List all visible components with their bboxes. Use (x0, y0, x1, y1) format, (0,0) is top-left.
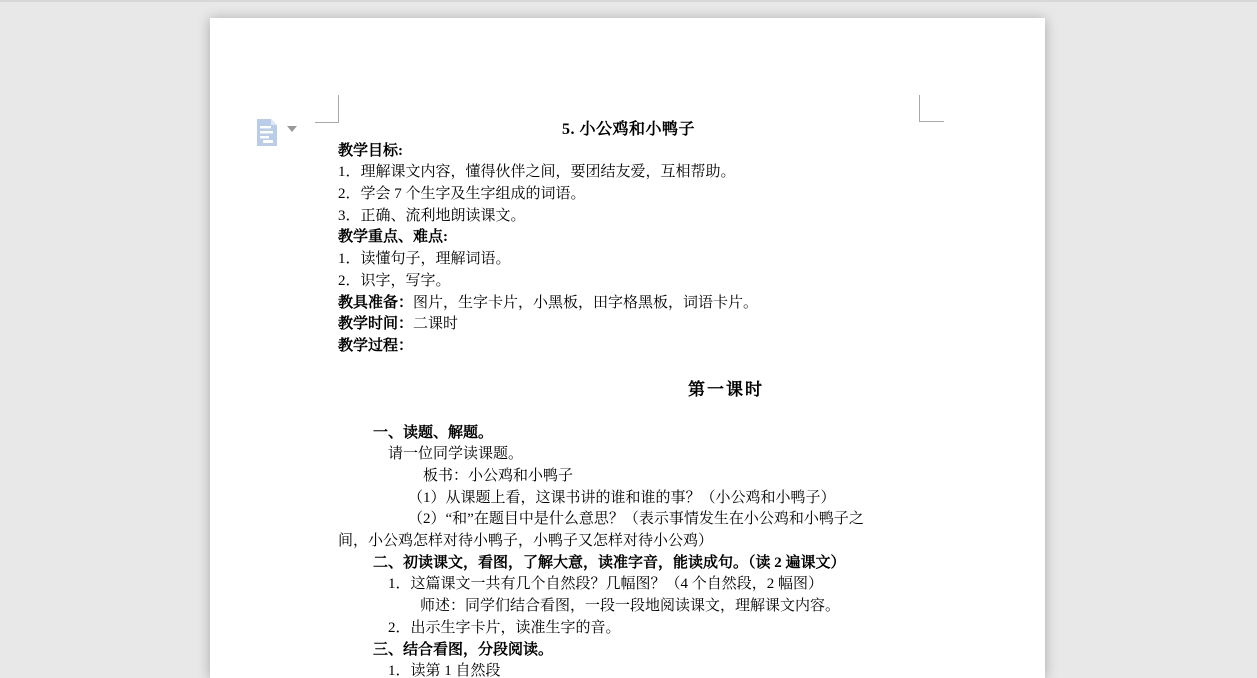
margin-mark-top-right-horizontal (919, 121, 944, 122)
doc-line[interactable]: 板书：小公鸡和小鸭子 (423, 466, 919, 488)
document-page[interactable]: 5. 小公鸡和小鸭子教学目标:1．理解课文内容，懂得伙伴之间，要团结友爱，互相帮… (210, 18, 1045, 678)
doc-line[interactable]: 请一位同学读课题。 (388, 444, 919, 466)
line-label: 教学时间： (338, 316, 413, 332)
doc-line[interactable]: 1．这篇课文一共有几个自然段？几幅图？（4 个自然段，2 幅图） (388, 574, 919, 596)
line-text: 二课时 (413, 316, 458, 332)
blank-line[interactable] (338, 401, 919, 423)
document-title[interactable]: 5. 小公鸡和小鸭子 (338, 119, 919, 141)
doc-line[interactable]: 2．出示生字卡片，读准生字的音。 (388, 618, 919, 640)
doc-line[interactable]: 二、初读课文，看图，了解大意，读准字音，能读成句。（读 2 遍课文） (373, 553, 919, 575)
doc-line[interactable]: 1．读第 1 自然段 (388, 661, 919, 678)
doc-line[interactable]: 2．学会 7 个生字及生字组成的词语。 (338, 184, 919, 206)
session-heading[interactable]: 第一课时 (688, 379, 919, 401)
chevron-down-icon (287, 126, 297, 132)
doc-line[interactable]: 教具准备：图片，生字卡片，小黑板，田字格黑板，词语卡片。 (338, 293, 919, 315)
paste-options-button[interactable] (254, 114, 318, 150)
doc-line[interactable]: 教学时间：二课时 (338, 314, 919, 336)
doc-line[interactable]: 三、结合看图，分段阅读。 (373, 640, 919, 662)
workspace-top-edge (0, 0, 1257, 2)
margin-mark-top-right-vertical (919, 95, 920, 122)
doc-line[interactable]: 教学重点、难点: (338, 227, 919, 249)
doc-line[interactable]: 教学过程： (338, 336, 919, 358)
doc-line[interactable]: 1．读懂句子，理解词语。 (338, 249, 919, 271)
doc-line[interactable]: 1．理解课文内容，懂得伙伴之间，要团结友爱，互相帮助。 (338, 162, 919, 184)
doc-line[interactable]: 间，小公鸡怎样对待小鸭子，小鸭子又怎样对待小公鸡） (338, 531, 919, 553)
margin-mark-top-left-horizontal (315, 122, 339, 123)
paste-options-icon (254, 118, 281, 147)
line-text: 图片，生字卡片，小黑板，田字格黑板，词语卡片。 (413, 295, 758, 311)
doc-line[interactable]: （1）从课题上看，这课书讲的谁和谁的事？（小公鸡和小鸭子） (408, 488, 919, 510)
line-label: 教具准备： (338, 295, 413, 311)
doc-line[interactable]: （2）“和”在题目中是什么意思？（表示事情发生在小公鸡和小鸭子之 (408, 509, 919, 531)
document-content[interactable]: 5. 小公鸡和小鸭子教学目标:1．理解课文内容，懂得伙伴之间，要团结友爱，互相帮… (338, 119, 919, 678)
doc-line[interactable]: 教学目标: (338, 141, 919, 163)
doc-line[interactable]: 师述：同学们结合看图，一段一段地阅读课文，理解课文内容。 (420, 596, 919, 618)
doc-line[interactable]: 3．正确、流利地朗读课文。 (338, 206, 919, 228)
blank-line[interactable] (338, 358, 919, 380)
doc-line[interactable]: 一、读题、解题。 (373, 423, 919, 445)
doc-line[interactable]: 2．识字，写字。 (338, 271, 919, 293)
